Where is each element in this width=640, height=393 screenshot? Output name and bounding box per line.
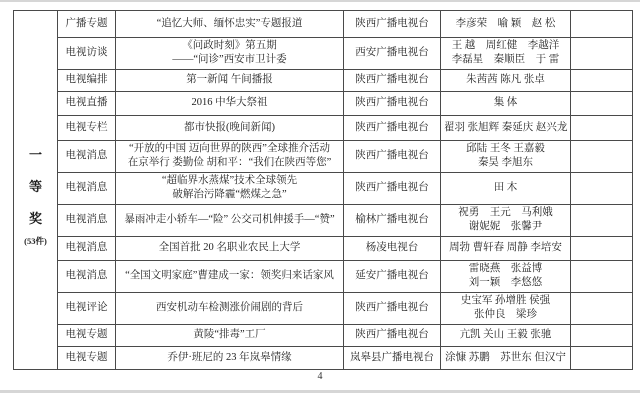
award-tier-char: 等 (17, 178, 54, 196)
empty-cell (571, 69, 633, 91)
names-cell: 翟羽 张旭辉 秦延庆 赵兴龙 (441, 115, 571, 140)
title-cell: 《问政时刻》第五期——“问诊”西安市卫计委 (116, 38, 344, 70)
award-tier-char: 一 (17, 146, 54, 164)
empty-cell (571, 38, 633, 70)
table-row: 电视专题乔伊·班尼的 23 年岚皋情缘岚皋县广播电视台涂慷 苏鹏 苏世东 但汉宁 (14, 346, 633, 369)
title-cell: 暴雨冲走小轿车—“险” 公交司机伸援手—“赞” (116, 204, 344, 236)
award-tier-cell: 一等奖(53件) (14, 11, 58, 370)
organization-cell: 陕西广播电视台 (344, 324, 441, 346)
names-cell: 邱陆 王冬 王嘉毅秦昊 李旭东 (441, 140, 571, 172)
names-cell: 集 体 (441, 91, 571, 115)
names-cell: 祝勇 王元 马利娥谢妮妮 张馨尹 (441, 204, 571, 236)
category-cell: 电视编排 (58, 69, 116, 91)
top-edge-divider (0, 0, 640, 2)
table-row: 电视消息全国首批 20 名职业农民上大学杨凌电视台周勃 曹轩春 周静 李培安 (14, 236, 633, 260)
category-cell: 广播专题 (58, 11, 116, 38)
organization-cell: 杨凌电视台 (344, 236, 441, 260)
category-cell: 电视专题 (58, 324, 116, 346)
category-cell: 电视消息 (58, 260, 116, 292)
organization-cell: 陕西广播电视台 (344, 69, 441, 91)
category-cell: 电视专栏 (58, 115, 116, 140)
title-cell: 全国首批 20 名职业农民上大学 (116, 236, 344, 260)
empty-cell (571, 172, 633, 204)
title-cell: “全国文明家庭”曹建成一家：领奖归来话家风 (116, 260, 344, 292)
table-row: 电视直播2016 中华大祭祖陕西广播电视台集 体 (14, 91, 633, 115)
empty-cell (571, 115, 633, 140)
awards-table-body: 一等奖(53件)广播专题“追忆大师、缅怀忠实”专题报道陕西广播电视台李彦荣 喻 … (14, 11, 633, 370)
table-row: 一等奖(53件)广播专题“追忆大师、缅怀忠实”专题报道陕西广播电视台李彦荣 喻 … (14, 11, 633, 38)
awards-table: 一等奖(53件)广播专题“追忆大师、缅怀忠实”专题报道陕西广播电视台李彦荣 喻 … (13, 10, 633, 370)
category-cell: 电视消息 (58, 140, 116, 172)
title-cell: 乔伊·班尼的 23 年岚皋情缘 (116, 346, 344, 369)
page-number: 4 (0, 371, 640, 382)
empty-cell (571, 260, 633, 292)
title-cell: “开放的中国 迈向世界的陕西”全球推介活动在京举行 娄勤俭 胡和平：“我们在陕西… (116, 140, 344, 172)
organization-cell: 延安广播电视台 (344, 260, 441, 292)
empty-cell (571, 11, 633, 38)
category-cell: 电视消息 (58, 172, 116, 204)
organization-cell: 西安广播电视台 (344, 38, 441, 70)
empty-cell (571, 346, 633, 369)
title-cell: 西安机动车检测涨价闹剧的背后 (116, 292, 344, 324)
names-cell: 朱茜茜 陈凡 张卓 (441, 69, 571, 91)
table-row: 电视评论西安机动车检测涨价闹剧的背后陕西广播电视台史宝军 孙增胜 侯强张仲良 梁… (14, 292, 633, 324)
title-cell: 第一新闻 午间播报 (116, 69, 344, 91)
empty-cell (571, 140, 633, 172)
empty-cell (571, 292, 633, 324)
title-cell: “超临界水蒸煤”技术全球领先破解治污降霾“燃煤之急” (116, 172, 344, 204)
category-cell: 电视评论 (58, 292, 116, 324)
empty-cell (571, 324, 633, 346)
empty-cell (571, 204, 633, 236)
category-cell: 电视消息 (58, 236, 116, 260)
names-cell: 田 木 (441, 172, 571, 204)
title-cell: 2016 中华大祭祖 (116, 91, 344, 115)
table-row: 电视专栏都市快报(晚间新闻)陕西广播电视台翟羽 张旭辉 秦延庆 赵兴龙 (14, 115, 633, 140)
document-page: 一等奖(53件)广播专题“追忆大师、缅怀忠实”专题报道陕西广播电视台李彦荣 喻 … (0, 0, 640, 393)
names-cell: 周勃 曹轩春 周静 李培安 (441, 236, 571, 260)
names-cell: 亢凯 关山 王毅 张驰 (441, 324, 571, 346)
names-cell: 史宝军 孙增胜 侯强张仲良 梁珍 (441, 292, 571, 324)
names-cell: 涂慷 苏鹏 苏世东 但汉宁 (441, 346, 571, 369)
category-cell: 电视消息 (58, 204, 116, 236)
empty-cell (571, 91, 633, 115)
category-cell: 电视直播 (58, 91, 116, 115)
organization-cell: 陕西广播电视台 (344, 11, 441, 38)
names-cell: 雷晓燕 张益博刘一颖 李悠悠 (441, 260, 571, 292)
title-cell: 黄陵“排毒”工厂 (116, 324, 344, 346)
table-row: 电视专题黄陵“排毒”工厂陕西广播电视台亢凯 关山 王毅 张驰 (14, 324, 633, 346)
award-tier-char: 奖 (17, 210, 54, 228)
organization-cell: 陕西广播电视台 (344, 172, 441, 204)
table-row: 电视消息“超临界水蒸煤”技术全球领先破解治污降霾“燃煤之急”陕西广播电视台田 木 (14, 172, 633, 204)
names-cell: 王 越 周红健 李越洋李磊星 秦顺臣 于 雷 (441, 38, 571, 70)
category-cell: 电视专题 (58, 346, 116, 369)
empty-cell (571, 236, 633, 260)
table-row: 电视编排第一新闻 午间播报陕西广播电视台朱茜茜 陈凡 张卓 (14, 69, 633, 91)
category-cell: 电视访谈 (58, 38, 116, 70)
table-row: 电视消息“全国文明家庭”曹建成一家：领奖归来话家风延安广播电视台雷晓燕 张益博刘… (14, 260, 633, 292)
table-row: 电视消息暴雨冲走小轿车—“险” 公交司机伸援手—“赞”榆林广播电视台祝勇 王元 … (14, 204, 633, 236)
organization-cell: 岚皋县广播电视台 (344, 346, 441, 369)
organization-cell: 陕西广播电视台 (344, 140, 441, 172)
table-row: 电视消息“开放的中国 迈向世界的陕西”全球推介活动在京举行 娄勤俭 胡和平：“我… (14, 140, 633, 172)
organization-cell: 榆林广播电视台 (344, 204, 441, 236)
award-count: (53件) (17, 236, 54, 248)
names-cell: 李彦荣 喻 颖 赵 松 (441, 11, 571, 38)
title-cell: 都市快报(晚间新闻) (116, 115, 344, 140)
title-cell: “追忆大师、缅怀忠实”专题报道 (116, 11, 344, 38)
organization-cell: 陕西广播电视台 (344, 91, 441, 115)
organization-cell: 陕西广播电视台 (344, 292, 441, 324)
organization-cell: 陕西广播电视台 (344, 115, 441, 140)
table-row: 电视访谈《问政时刻》第五期——“问诊”西安市卫计委西安广播电视台王 越 周红健 … (14, 38, 633, 70)
